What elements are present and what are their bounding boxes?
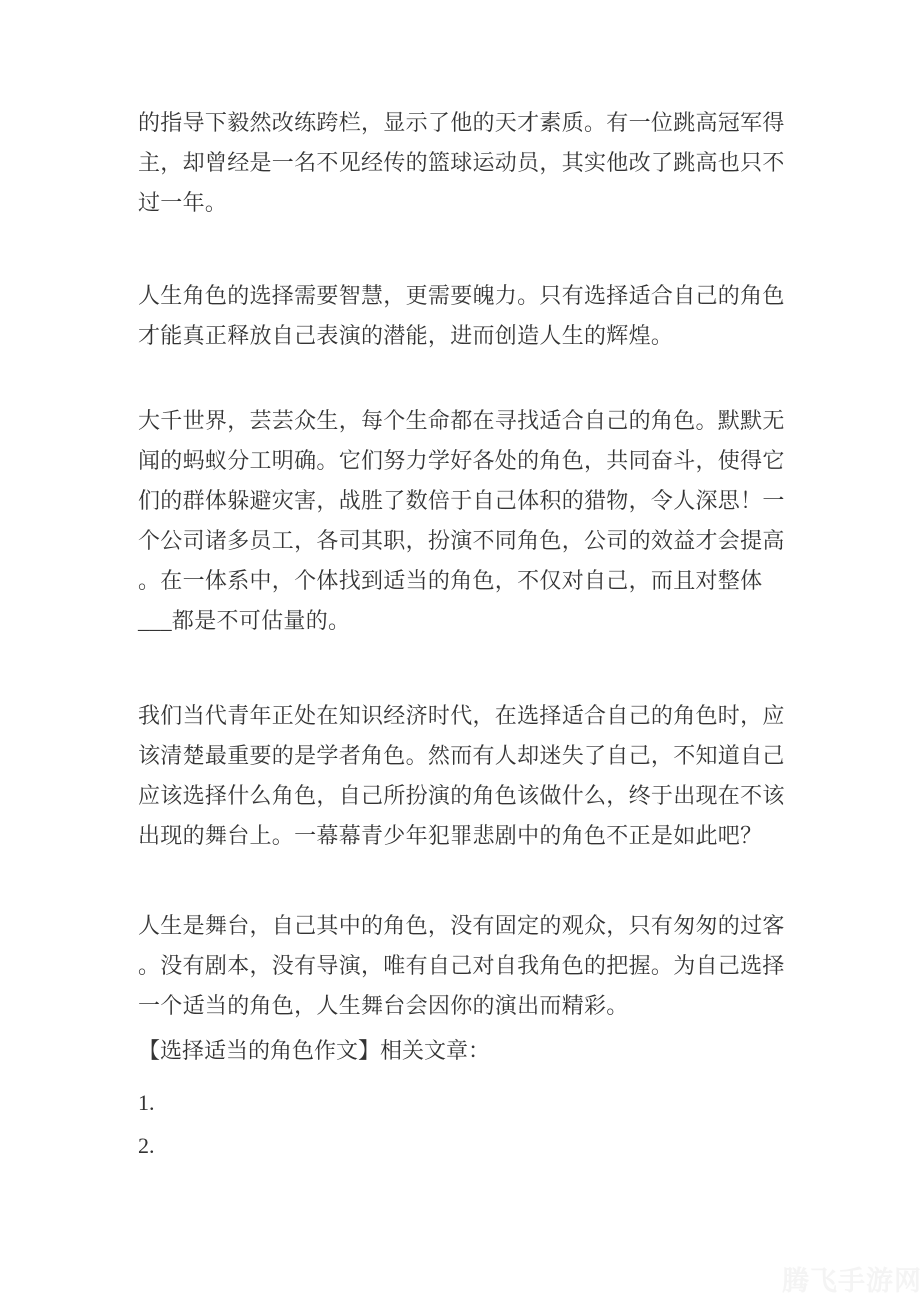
text-line: 人生角色的选择需要智慧，更需要魄力。只有选择适合自己的角色 (138, 276, 786, 316)
text-line: 们的群体躲避灾害，战胜了数倍于自己体积的猎物，令人深思！一 (138, 481, 786, 521)
related-articles-heading: 【选择适当的角色作文】相关文章： (138, 1031, 786, 1071)
text-line-with-blank: ___都是不可估量的。 (138, 601, 786, 641)
related-article-item-1[interactable]: 1. (138, 1081, 786, 1124)
text-line: 个公司诸多员工，各司其职，扮演不同角色，公司的效益才会提高 (138, 521, 786, 561)
text-line: 应该选择什么角色，自己所扮演的角色该做什么，终于出现在不该 (138, 776, 786, 816)
paragraph-1: 的指导下毅然改练跨栏，显示了他的天才素质。有一位跳高冠军得 主，却曾经是一名不见… (138, 103, 786, 223)
paragraph-5: 人生是舞台，自己其中的角色，没有固定的观众，只有匆匆的过客 。没有剧本，没有导演… (138, 906, 786, 1026)
paragraph-4: 我们当代青年正处在知识经济时代，在选择适合自己的角色时，应 该清楚最重要的是学者… (138, 696, 786, 856)
paragraph-2: 人生角色的选择需要智慧，更需要魄力。只有选择适合自己的角色 才能真正释放自己表演… (138, 276, 786, 356)
text-line: 。没有剧本，没有导演，唯有自己对自我角色的把握。为自己选择 (138, 946, 786, 986)
text-line: 大千世界，芸芸众生，每个生命都在寻找适合自己的角色。默默无 (138, 401, 786, 441)
document-body: 的指导下毅然改练跨栏，显示了他的天才素质。有一位跳高冠军得 主，却曾经是一名不见… (138, 103, 786, 1167)
text-line: 。在一体系中，个体找到适当的角色，不仅对自己，而且对整体 (138, 561, 786, 601)
text-line: 才能真正释放自己表演的潜能，进而创造人生的辉煌。 (138, 316, 786, 356)
text-line: 闻的蚂蚁分工明确。它们努力学好各处的角色，共同奋斗，使得它 (138, 441, 786, 481)
text-line: 人生是舞台，自己其中的角色，没有固定的观众，只有匆匆的过客 (138, 906, 786, 946)
text-line: 的指导下毅然改练跨栏，显示了他的天才素质。有一位跳高冠军得 (138, 103, 786, 143)
text-line: 过一年。 (138, 183, 786, 223)
text-line: 我们当代青年正处在知识经济时代，在选择适合自己的角色时，应 (138, 696, 786, 736)
paragraph-3: 大千世界，芸芸众生，每个生命都在寻找适合自己的角色。默默无 闻的蚂蚁分工明确。它… (138, 401, 786, 641)
text-line: 出现的舞台上。一幕幕青少年犯罪悲剧中的角色不正是如此吧？ (138, 816, 786, 856)
related-article-item-2[interactable]: 2. (138, 1124, 786, 1167)
site-watermark: 腾飞手游网 (782, 1259, 920, 1298)
text-line: 主，却曾经是一名不见经传的篮球运动员，其实他改了跳高也只不 (138, 143, 786, 183)
text-line: 一个适当的角色，人生舞台会因你的演出而精彩。 (138, 986, 786, 1026)
text-line: 该清楚最重要的是学者角色。然而有人却迷失了自己，不知道自己 (138, 736, 786, 776)
document-page: 的指导下毅然改练跨栏，显示了他的天才素质。有一位跳高冠军得 主，却曾经是一名不见… (0, 0, 920, 1302)
